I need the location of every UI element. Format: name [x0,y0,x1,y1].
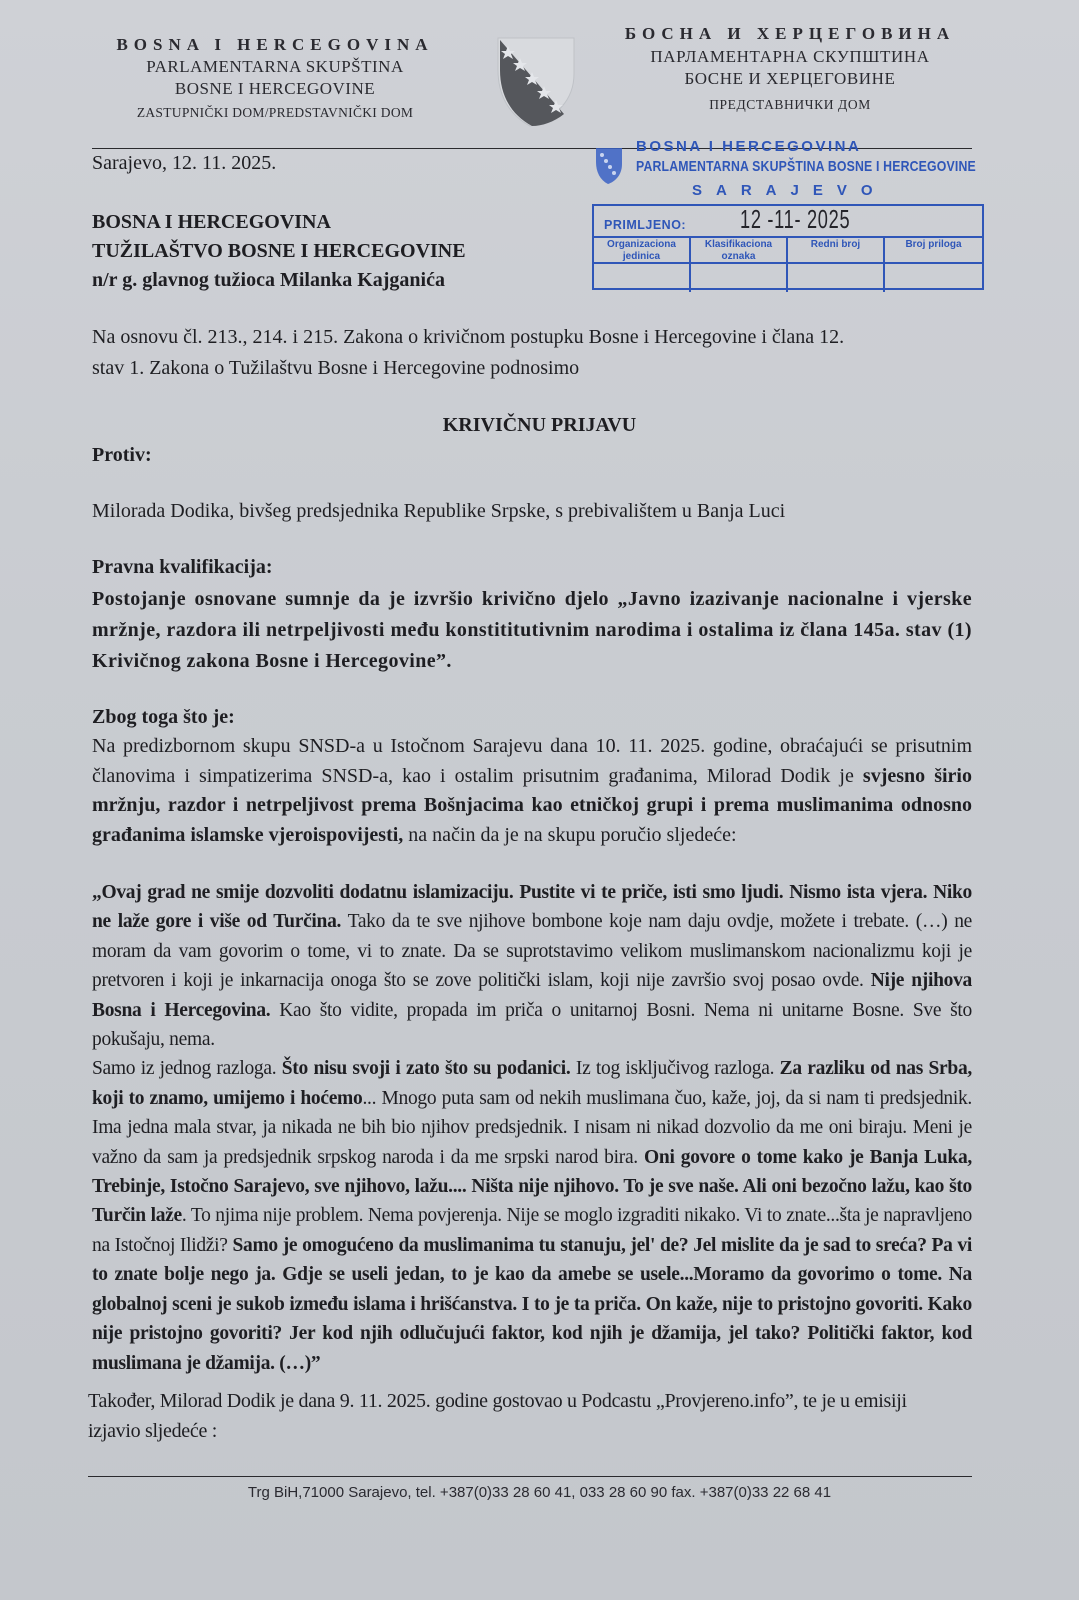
intro-line: Na osnovu čl. 213., 214. i 215. Zakona o… [92,322,977,353]
letterhead-country: BOSNA I HERCEGOVINA [90,34,460,56]
intro-line: stav 1. Zakona o Tužilaštvu Bosne i Herc… [92,353,977,384]
stamp-received-date: 12 -11- 2025 [740,204,850,235]
document-title: KRIVIČNU PRIJAVU [0,414,1079,437]
additional-statement-line: izjavio sljedeće : [88,1416,968,1446]
stamp-val-org-unit [594,264,691,292]
quote-emphasis: Što nisu svoji i zato što su podanici. [282,1058,571,1079]
recipient-country: BOSNA I HERCEGOVINA [92,208,466,237]
footer-divider [88,1476,972,1477]
stamp-col-serial: Redni broj [788,238,885,264]
reason-text: Na predizbornom skupu SNSD-a u Istočnom … [92,732,972,850]
letterhead-institution-2: BOSNE I HERCEGOVINE [90,78,460,100]
additional-statement-line: Također, Milorad Dodik je dana 9. 11. 20… [88,1386,968,1416]
recipient-attention: n/r g. glavnog tužioca Milanka Kajganića [92,266,466,295]
letterhead-house: ZASTUPNIČKI DOM/PREDSTAVNIČKI DOM [90,100,460,126]
letterhead-institution-cyr-2: БОСНЕ И ХЕРЦЕГОВИНЕ [600,68,980,90]
legal-qualification-text: Postojanje osnovane sumnje da je izvršio… [92,584,972,677]
intro-paragraph: Na osnovu čl. 213., 214. i 215. Zakona o… [92,322,977,384]
legal-qualification-label: Pravna kvalifikacija: [92,556,273,579]
stamp-val-serial [788,264,885,292]
quoted-speech: „Ovaj grad ne smije dozvoliti dodatnu is… [92,878,972,1378]
stamp-col-org-unit: Organizaciona jedinica [594,238,691,264]
stamp-institution: PARLAMENTARNA SKUPŠTINA BOSNE I HERCEGOV… [636,158,976,175]
stamp-col-classification: Klasifikaciona oznaka [691,238,788,264]
stamp-col-attachments: Broj priloga [885,238,982,264]
recipient-block: BOSNA I HERCEGOVINA TUŽILAŠTVO BOSNE I H… [92,208,466,295]
footer-address: Trg BiH,71000 Sarajevo, tel. +387(0)33 2… [0,1484,1079,1501]
letterhead-institution-cyr: ПАРЛАМЕНТАРНА СКУПШТИНА [600,46,980,68]
against-label: Protiv: [92,444,152,467]
recipient-office: TUŽILAŠTVO BOSNE I HERCEGOVINE [92,237,466,266]
accused-person: Milorada Dodika, bivšeg predsjednika Rep… [92,500,785,523]
stamp-grid: Organizaciona jedinica Klasifikaciona oz… [594,236,982,292]
place-date: Sarajevo, 12. 11. 2025. [92,152,276,175]
letterhead-institution: PARLAMENTARNA SKUPŠTINA [90,56,460,78]
letterhead-house-cyr: ПРЕДСТАВНИЧКИ ДОМ [600,90,980,120]
document-page: BOSNA I HERCEGOVINA PARLAMENTARNA SKUPŠT… [0,0,1079,1600]
bih-coat-of-arms-icon [494,34,578,128]
stamp-val-classification [691,264,788,292]
quote-text-part: Iz tog isključivog razloga. [570,1058,779,1079]
letterhead-country-cyr: БОСНА И ХЕРЦЕГОВИНА [600,22,980,46]
additional-statement: Također, Milorad Dodik je dana 9. 11. 20… [88,1386,968,1446]
letterhead-latin: BOSNA I HERCEGOVINA PARLAMENTARNA SKUPŠT… [90,34,460,126]
stamp-city: SARAJEVO [692,182,887,199]
received-stamp: BOSNA I HERCEGOVINA PARLAMENTARNA SKUPŠT… [592,136,988,296]
letterhead-cyrillic: БОСНА И ХЕРЦЕГОВИНА ПАРЛАМЕНТАРНА СКУПШТ… [600,22,980,120]
reason-text-part: Na predizbornom skupu SNSD-a u Istočnom … [92,735,972,787]
reason-label: Zbog toga što je: [92,706,235,729]
stamp-val-attachments [885,264,982,292]
reason-text-part: na način da je na skupu poručio sljedeće… [403,824,736,846]
quote-text-part: Samo iz jednog razloga. [92,1058,282,1079]
stamp-box: PRIMLJENO: 12 -11- 2025 Organizaciona je… [592,204,984,290]
stamp-emblem-icon [594,146,624,186]
stamp-received-label: PRIMLJENO: [604,218,686,232]
stamp-country: BOSNA I HERCEGOVINA [636,138,861,155]
